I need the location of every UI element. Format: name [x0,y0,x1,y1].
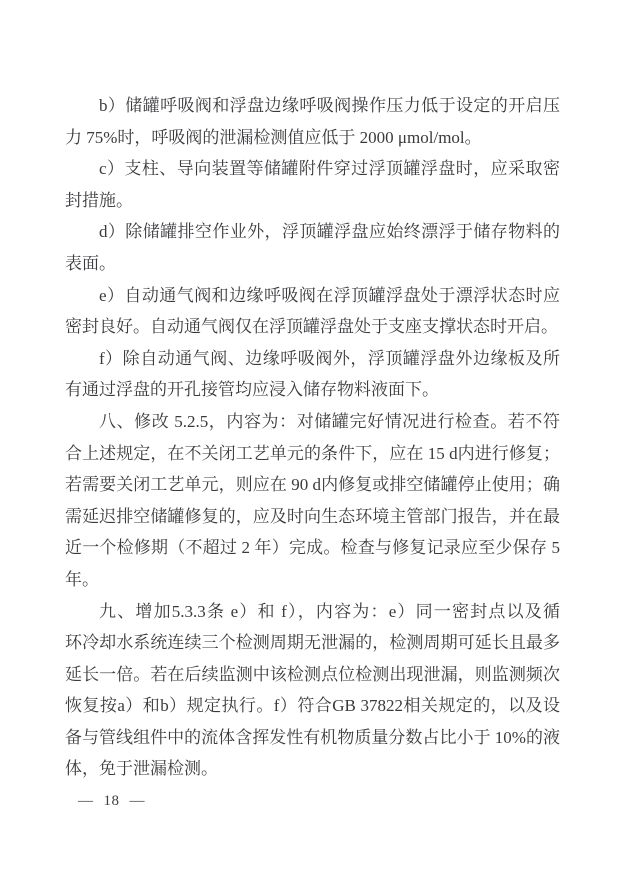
footer-dash-right: — [130,793,146,810]
paragraph-item-e: e）自动通气阀和边缘呼吸阀在浮顶罐浮盘处于漂浮状态时应密封良好。自动通气阀仅在浮… [65,280,560,343]
paragraph-item-c: c）支柱、导向装置等储罐附件穿过浮顶罐浮盘时，应采取密封措施。 [65,153,560,216]
text-line: 体，免于泄漏检测。 [65,753,560,785]
text-line: 恢复按a）和b）规定执行。f）符合GB 37822相关规定的，以及设 [65,690,560,722]
paragraph-article-8: 八、修改 5.2.5，内容为：对储罐完好情况进行检查。若不符合上述规定，在不关闭… [65,406,560,596]
text-line: 合上述规定，在不关闭工艺单元的条件下，应在 15 d内进行修复； [65,438,560,470]
text-line: 延长一倍。若在后续监测中该检测点位检测出现泄漏，则监测频次 [65,659,560,691]
paragraph-article-9: 九、增加5.3.3条 e）和 f），内容为：e）同一密封点以及循环冷却水系统连续… [65,596,560,786]
text-line: 密封良好。自动通气阀仅在浮顶罐浮盘处于支座支撑状态时开启。 [65,311,560,343]
text-line: 年。 [65,564,560,596]
text-line: 表面。 [65,248,560,280]
text-line: 环冷却水系统连续三个检测周期无泄漏的，检测周期可延长且最多 [65,627,560,659]
paragraph-item-b: b）储罐呼吸阀和浮盘边缘呼吸阀操作压力低于设定的开启压力 75%时，呼吸阀的泄漏… [65,90,560,153]
text-line: b）储罐呼吸阀和浮盘边缘呼吸阀操作压力低于设定的开启压 [65,90,560,122]
paragraph-item-f: f）除自动通气阀、边缘呼吸阀外，浮顶罐浮盘外边缘板及所有通过浮盘的开孔接管均应浸… [65,343,560,406]
paragraph-item-d: d）除储罐排空作业外，浮顶罐浮盘应始终漂浮于储存物料的表面。 [65,216,560,279]
text-line: 近一个检修期（不超过 2 年）完成。检查与修复记录应至少保存 5 [65,532,560,564]
text-line: 力 75%时，呼吸阀的泄漏检测值应低于 2000 μmol/mol。 [65,122,560,154]
text-line: 需延迟排空储罐修复的，应及时向生态环境主管部门报告，并在最 [65,501,560,533]
footer-dash-left: — [78,793,94,810]
text-line: 九、增加5.3.3条 e）和 f），内容为：e）同一密封点以及循 [65,596,560,628]
text-line: 八、修改 5.2.5，内容为：对储罐完好情况进行检查。若不符 [65,406,560,438]
document-page: b）储罐呼吸阀和浮盘边缘呼吸阀操作压力低于设定的开启压力 75%时，呼吸阀的泄漏… [0,0,631,883]
text-line: e）自动通气阀和边缘呼吸阀在浮顶罐浮盘处于漂浮状态时应 [65,280,560,312]
page-number: 18 [104,793,120,810]
text-line: c）支柱、导向装置等储罐附件穿过浮顶罐浮盘时，应采取密 [65,153,560,185]
text-line: 有通过浮盘的开孔接管均应浸入储存物料液面下。 [65,374,560,406]
text-line: f）除自动通气阀、边缘呼吸阀外，浮顶罐浮盘外边缘板及所 [65,343,560,375]
text-line: 封措施。 [65,185,560,217]
text-line: 若需要关闭工艺单元，则应在 90 d内修复或排空储罐停止使用；确 [65,469,560,501]
page-footer: — 18 — [78,793,145,810]
document-body: b）储罐呼吸阀和浮盘边缘呼吸阀操作压力低于设定的开启压力 75%时，呼吸阀的泄漏… [65,90,560,785]
text-line: 备与管线组件中的流体含挥发性有机物质量分数占比小于 10%的液 [65,722,560,754]
text-line: d）除储罐排空作业外，浮顶罐浮盘应始终漂浮于储存物料的 [65,216,560,248]
